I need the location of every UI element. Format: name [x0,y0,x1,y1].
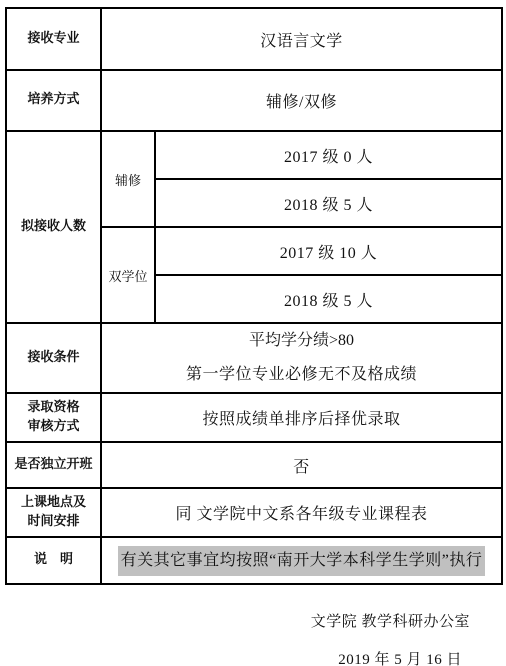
value-training-mode: 辅修/双修 [101,70,502,131]
table-row-review-method: 录取资格 审核方式 按照成绩单排序后择优录取 [6,393,502,442]
label-independent-class: 是否独立开班 [6,442,101,488]
table-row-major: 接收专业 汉语言文学 [6,8,502,70]
sublabel-double-degree: 双学位 [101,227,155,323]
admission-info-table: 接收专业 汉语言文学 培养方式 辅修/双修 拟接收人数 辅修 2017 级 0 … [5,7,503,585]
signature-date: 2019 年 5 月 16 日 [0,648,462,666]
table-row-training-mode: 培养方式 辅修/双修 [6,70,502,131]
sublabel-minor: 辅修 [101,131,155,227]
condition-line-no-fail: 第一学位专业必修无不及格成绩 [104,358,499,392]
value-double-2017: 2017 级 10 人 [155,227,502,275]
label-note: 说 明 [6,537,101,584]
table-row-conditions: 接收条件 平均学分绩>80 第一学位专业必修无不及格成绩 [6,323,502,393]
value-minor-2018: 2018 级 5 人 [155,179,502,227]
condition-line-gpa: 平均学分绩>80 [104,324,499,358]
table-row-schedule: 上课地点及 时间安排 同 文学院中文系各年级专业课程表 [6,488,502,537]
label-planned-intake: 拟接收人数 [6,131,101,323]
value-note-cell: 有关其它事宜均按照“南开大学本科学生学则”执行 [101,537,502,584]
table-row-intake-minor-2017: 拟接收人数 辅修 2017 级 0 人 [6,131,502,179]
value-accepting-major: 汉语言文学 [101,8,502,70]
label-training-mode: 培养方式 [6,70,101,131]
label-review-method-line2: 审核方式 [9,418,98,437]
label-class-schedule-line1: 上课地点及 [9,494,98,513]
value-minor-2017: 2017 级 0 人 [155,131,502,179]
label-review-method-line1: 录取资格 [9,399,98,418]
label-admission-conditions: 接收条件 [6,323,101,393]
value-admission-conditions: 平均学分绩>80 第一学位专业必修无不及格成绩 [101,323,502,393]
value-double-2018: 2018 级 5 人 [155,275,502,323]
value-independent-class: 否 [101,442,502,488]
note-highlighted-text: 有关其它事宜均按照“南开大学本科学生学则”执行 [118,546,486,576]
value-review-method: 按照成绩单排序后择优录取 [101,393,502,442]
value-class-schedule: 同 文学院中文系各年级专业课程表 [101,488,502,537]
table-row-note: 说 明 有关其它事宜均按照“南开大学本科学生学则”执行 [6,537,502,584]
table-row-independent-class: 是否独立开班 否 [6,442,502,488]
signature-office: 文学院 教学科研办公室 [0,610,470,631]
document-page: 接收专业 汉语言文学 培养方式 辅修/双修 拟接收人数 辅修 2017 级 0 … [0,7,506,666]
label-class-schedule: 上课地点及 时间安排 [6,488,101,537]
label-accepting-major: 接收专业 [6,8,101,70]
label-class-schedule-line2: 时间安排 [9,513,98,532]
label-review-method: 录取资格 审核方式 [6,393,101,442]
